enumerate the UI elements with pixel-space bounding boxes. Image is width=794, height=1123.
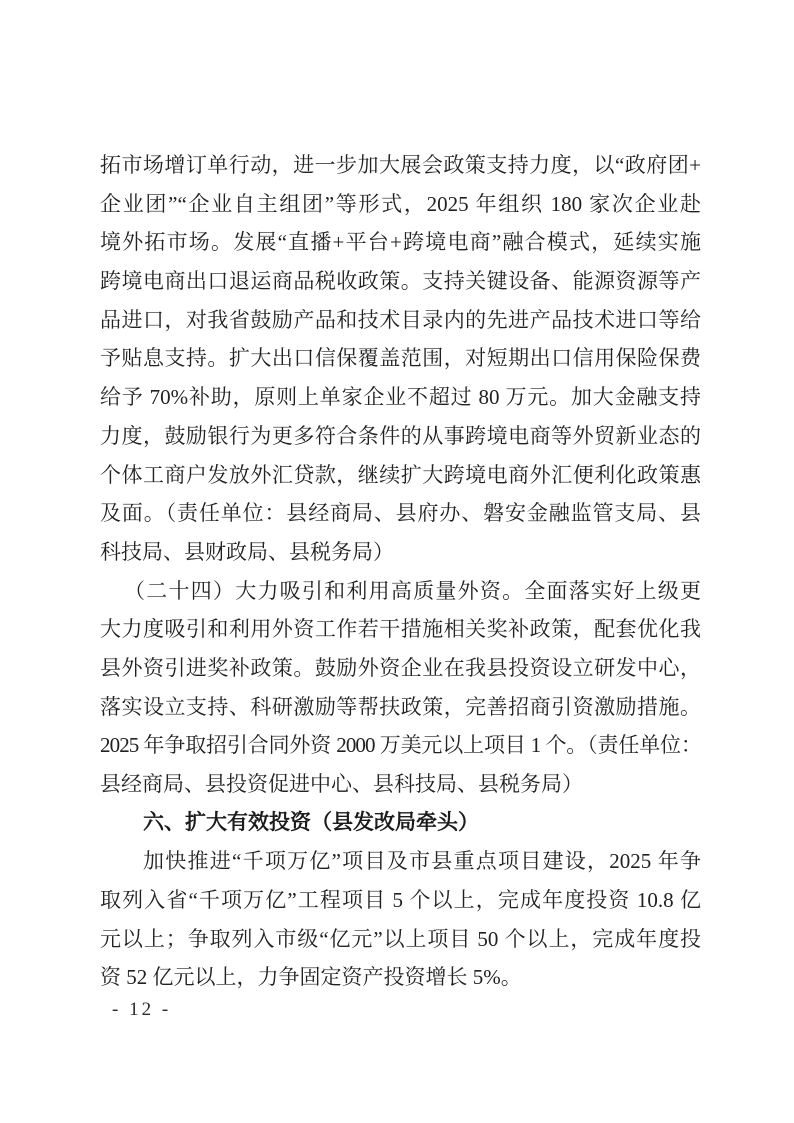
- text-line: 加快推进“千项万亿”项目及市县重点项目建设，2025 年争: [100, 842, 701, 881]
- text-line: 给予 70%补助，原则上单家企业不超过 80 万元。加大金融支持: [100, 378, 701, 417]
- text-line: 落实设立支持、科研激励等帮扶政策，完善招商引资激励措施。: [100, 688, 701, 727]
- text-line: 元以上；争取列入市级“亿元”以上项目 50 个以上，完成年度投: [100, 920, 701, 959]
- text-line: 品进口，对我省鼓励产品和技术目录内的先进产品技术进口等给: [100, 301, 701, 340]
- text-line: 2025 年争取招引合同外资 2000 万美元以上项目 1 个。（责任单位：: [100, 726, 701, 765]
- text-line: 企业团”“企业自主组团”等形式，2025 年组织 180 家次企业赴: [100, 185, 701, 224]
- text-line: 跨境电商出口退运商品税收政策。支持关键设备、能源资源等产: [100, 262, 701, 301]
- paragraph-foreign-investment: （二十四）大力吸引和利用高质量外资。全面落实好上级更 大力度吸引和利用外资工作若…: [100, 572, 701, 804]
- text-line: 拓市场增订单行动，进一步加大展会政策支持力度，以“政府团+: [100, 146, 701, 185]
- text-line: 力度，鼓励银行为更多符合条件的从事跨境电商等外贸新业态的: [100, 417, 701, 456]
- document-page: 拓市场增订单行动，进一步加大展会政策支持力度，以“政府团+ 企业团”“企业自主组…: [0, 0, 794, 1123]
- text-line: 境外拓市场。发展“直播+平台+跨境电商”融合模式，延续实施: [100, 223, 701, 262]
- section-heading: 六、扩大有效投资（县发改局牵头）: [100, 804, 701, 843]
- paragraph-effective-investment: 加快推进“千项万亿”项目及市县重点项目建设，2025 年争 取列入省“千项万亿”…: [100, 842, 701, 997]
- document-body: 拓市场增订单行动，进一步加大展会政策支持力度，以“政府团+ 企业团”“企业自主组…: [100, 146, 701, 997]
- text-line: 县外资引进奖补政策。鼓励外资企业在我县投资设立研发中心，: [100, 649, 701, 688]
- text-line: 科技局、县财政局、县税务局）: [100, 533, 701, 572]
- text-line: 个体工商户发放外汇贷款，继续扩大跨境电商外汇便利化政策惠: [100, 456, 701, 495]
- text-line: 县经商局、县投资促进中心、县科技局、县税务局）: [100, 765, 701, 804]
- text-line: 予贴息支持。扩大出口信保覆盖范围，对短期出口信用保险保费: [100, 339, 701, 378]
- page-number: - 12 -: [112, 999, 171, 1021]
- text-line: （二十四）大力吸引和利用高质量外资。全面落实好上级更: [100, 572, 701, 611]
- text-line: 资 52 亿元以上，力争固定资产投资增长 5%。: [100, 958, 701, 997]
- paragraph-foreign-trade: 拓市场增订单行动，进一步加大展会政策支持力度，以“政府团+ 企业团”“企业自主组…: [100, 146, 701, 572]
- text-line: 取列入省“千项万亿”工程项目 5 个以上，完成年度投资 10.8 亿: [100, 881, 701, 920]
- text-line: 大力度吸引和利用外资工作若干措施相关奖补政策，配套优化我: [100, 610, 701, 649]
- text-line: 及面。（责任单位：县经商局、县府办、磐安金融监管支局、县: [100, 494, 701, 533]
